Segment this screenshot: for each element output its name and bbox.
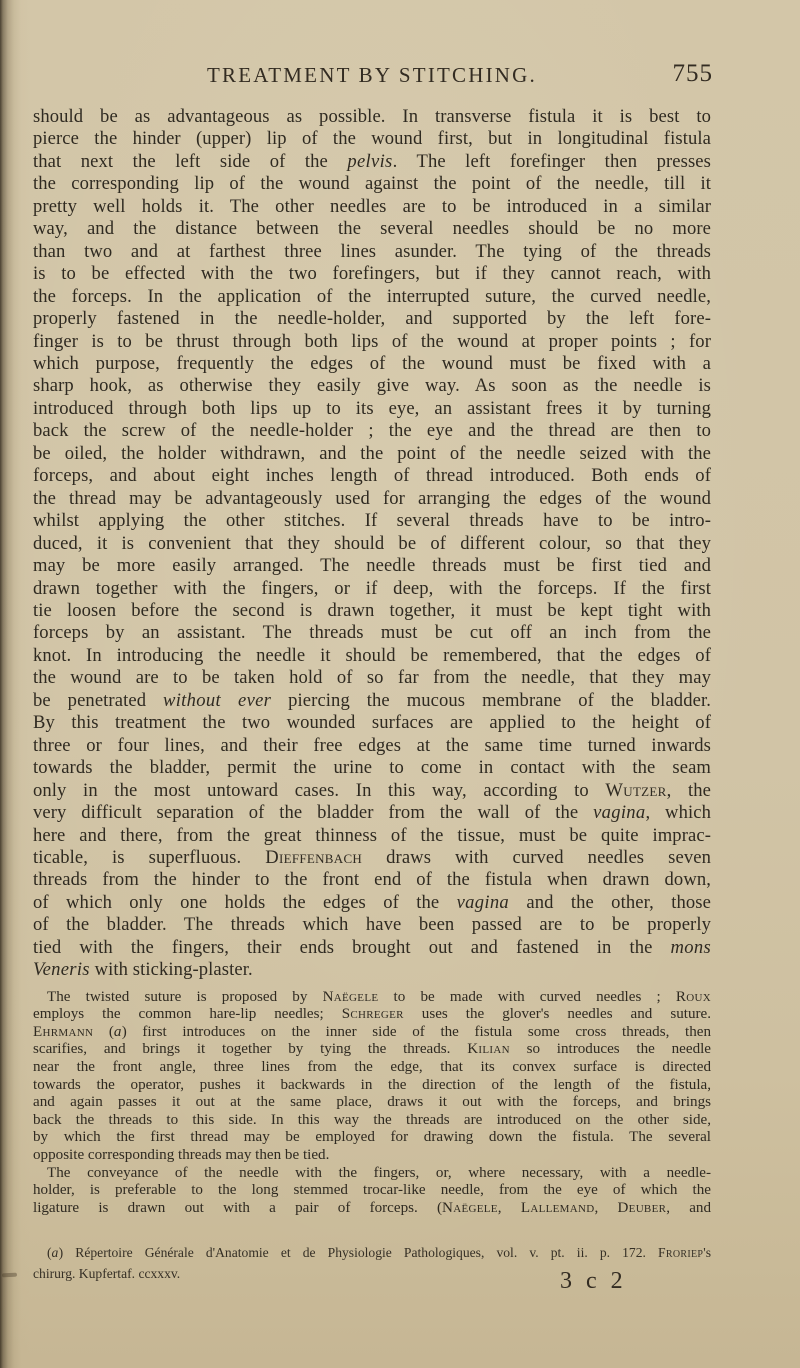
signature-mark: 3 c 2 (560, 1268, 627, 1295)
text-line: ticable, is superfluous. Dieffenbach dra… (33, 847, 711, 869)
text-line: the forceps. In the application of the i… (33, 286, 711, 308)
text-line: back the screw of the needle-holder ; th… (33, 420, 711, 442)
text-line: threads from the hinder to the front end… (33, 869, 711, 891)
text-line: sharp hook, as otherwise they easily giv… (33, 375, 711, 397)
text-line: is to be effected with the two forefinge… (33, 263, 711, 285)
text-line: finger is to be thrust through both lips… (33, 331, 711, 353)
text-line: towards the operator, pushes it backward… (33, 1077, 711, 1095)
text-line: that next the left side of the pelvis. T… (33, 151, 711, 173)
text-paragraph: The twisted suture is proposed by Naëgel… (33, 989, 711, 1165)
book-page: TREATMENT BY STITCHING. 755 should be as… (0, 0, 800, 1368)
text-line: be oiled, the holder withdrawn, and the … (33, 443, 711, 465)
text-line: whilst applying the other stitches. If s… (33, 510, 711, 532)
text-paragraph: should be as advantageous as possible. I… (33, 106, 711, 982)
text-line: The twisted suture is proposed by Naëgel… (33, 989, 711, 1007)
page-title: TREATMENT BY STITCHING. (33, 63, 711, 88)
text-line: drawn together with the fingers, or if d… (33, 578, 711, 600)
text-line: may be more easily arranged. The needle … (33, 555, 711, 577)
text-line: towards the bladder, permit the urine to… (33, 757, 711, 779)
text-paragraph: The conveyance of the needle with the fi… (33, 1165, 711, 1218)
page-number: 755 (673, 60, 714, 88)
text-line: By this treatment the two wounded surfac… (33, 712, 711, 734)
text-line: knot. In introducing the needle it shoul… (33, 645, 711, 667)
text-line: pierce the hinder (upper) lip of the wou… (33, 128, 711, 150)
text-line: here and there, from the great thinness … (33, 825, 711, 847)
text-line: properly fastened in the needle-holder, … (33, 308, 711, 330)
text-line: opposite corresponding threads may then … (33, 1147, 711, 1165)
text-line: be penetrated without ever piercing the … (33, 690, 711, 712)
text-line: the corresponding lip of the wound again… (33, 173, 711, 195)
text-line: forceps by an assistant. The threads mus… (33, 622, 711, 644)
text-line: very difficult separation of the bladder… (33, 802, 711, 824)
text-line: of which only one holds the edges of the… (33, 892, 711, 914)
text-line: Veneris with sticking-plaster. (33, 959, 711, 981)
text-line: (a) Répertoire Générale d'Anatomie et de… (33, 1243, 711, 1264)
text-line: the wound are to be taken hold of so far… (33, 667, 711, 689)
text-line: tie loosen before the second is drawn to… (33, 600, 711, 622)
text-line: should be as advantageous as possible. I… (33, 106, 711, 128)
text-line: than two and at farthest three lines asu… (33, 241, 711, 263)
text-line: tied with the fingers, their ends brough… (33, 937, 711, 959)
text-line: holder, is preferable to the long stemme… (33, 1182, 711, 1200)
text-line: and again passes it out at the same plac… (33, 1094, 711, 1112)
page-edge-mark (2, 1273, 17, 1278)
text-line: by which the first thread may be employe… (33, 1129, 711, 1147)
text-line: pretty well holds it. The other needles … (33, 196, 711, 218)
text-line: only in the most untoward cases. In this… (33, 780, 711, 802)
text-line: the thread may be advantageously used fo… (33, 488, 711, 510)
text-line: near the front angle, three lines from t… (33, 1059, 711, 1077)
text-line: three or four lines, and their free edge… (33, 735, 711, 757)
text-line: Ehrmann (a) first introduces on the inne… (33, 1024, 711, 1042)
text-line: employs the common hare-lip needles; Sch… (33, 1006, 711, 1024)
text-line: way, and the distance between the severa… (33, 218, 711, 240)
text-line: introduced through both lips up to its e… (33, 398, 711, 420)
text-line: of the bladder. The threads which have b… (33, 914, 711, 936)
text-line: ligature is drawn out with a pair of for… (33, 1200, 711, 1218)
text-line: The conveyance of the needle with the fi… (33, 1165, 711, 1183)
text-line: scarifies, and brings it together by tyi… (33, 1041, 711, 1059)
text-line: back the threads to this side. In this w… (33, 1112, 711, 1130)
text-body: should be as advantageous as possible. I… (33, 106, 711, 1284)
text-line: forceps, and about eight inches length o… (33, 465, 711, 487)
text-line: which purpose, frequently the edges of t… (33, 353, 711, 375)
text-line: duced, it is convenient that they should… (33, 533, 711, 555)
